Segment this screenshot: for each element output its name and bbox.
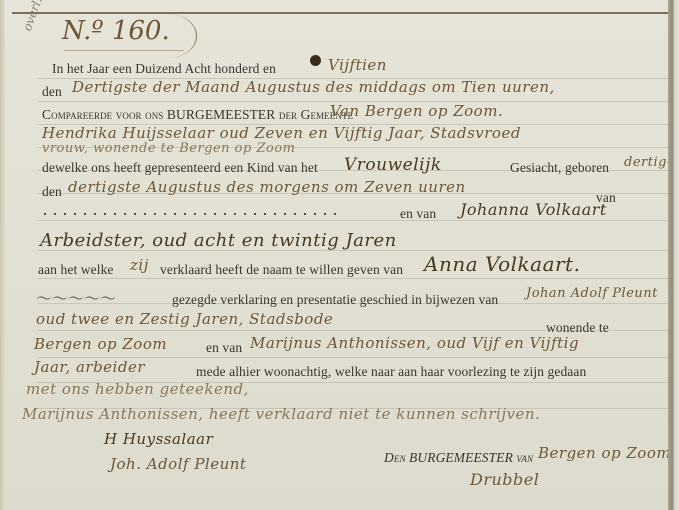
printed-text: Compareerde voor ons BURGEMEESTER der Ge… [42, 107, 353, 123]
handwritten-text: Hendrika Huijsselaar oud Zeven en Vijfti… [42, 124, 521, 142]
printed-text: en van [400, 206, 436, 222]
signature-pleunt: Joh. Adolf Pleunt [110, 455, 246, 473]
document-page: overl. 1893 N.º 160. In het Jaar een Dui… [0, 0, 668, 510]
mayor-label-text: Den BURGEMEESTER van [384, 450, 533, 465]
mayor-label: Den BURGEMEESTER van [384, 450, 533, 466]
printed-text: verklaard heeft de naam te willen geven … [160, 262, 403, 278]
page-edge [668, 0, 679, 510]
flourish-line: 〜〜〜〜〜 [36, 286, 116, 309]
margin-note: overl. 1893 [20, 0, 57, 33]
signature-huyssalaar: H Huyssalaar [104, 430, 213, 448]
printed-text: Gesiacht, geboren [510, 160, 609, 176]
printed-text: dewelke ons heeft gepresenteerd een Kind… [42, 160, 318, 176]
number-underline [64, 50, 184, 51]
ruling-line [38, 220, 668, 221]
printed-text: gezegde verklaring en presentatie geschi… [172, 292, 498, 308]
top-rule [12, 12, 668, 14]
handwritten-text: Dertigste der Maand Augustus des middags… [72, 78, 555, 96]
handwritten-text: Marijnus Anthonissen, heeft verklaard ni… [22, 405, 540, 423]
handwritten-text: Vrouwelijk [344, 155, 442, 175]
printed-text: mede alhier woonachtig, welke naar aan h… [196, 364, 586, 380]
printed-segment: Compareerde voor ons BURGEMEESTER der Ge… [42, 107, 353, 122]
handwritten-text: Vijftien [328, 56, 387, 74]
handwritten-text: vrouw, wonende te Bergen op Zoom [42, 141, 295, 156]
handwritten-text: zij [130, 256, 149, 274]
handwritten-text: dertig- [624, 155, 672, 170]
ruling-line [38, 278, 668, 279]
handwritten-text: Marijnus Anthonissen, oud Vijf en Vijfti… [250, 334, 579, 352]
ink-blot [310, 55, 321, 66]
handwritten-text: Johanna Volkaart [460, 200, 607, 219]
signature-mayor: Drubbel [470, 470, 539, 489]
handwritten-text: Arbeidster, oud acht en twintig Jaren [40, 230, 397, 251]
printed-text: en van [206, 340, 242, 356]
printed-text: In het Jaar een Duizend Acht honderd en [52, 61, 276, 77]
printed-text: den [42, 184, 62, 200]
mayor-place: Bergen op Zoom [538, 444, 671, 462]
handwritten-text: Johan Adolf Pleunt [526, 286, 658, 301]
handwritten-text: Bergen op Zoom [34, 335, 167, 353]
dotted-leader [40, 213, 340, 215]
printed-text: den [42, 84, 62, 100]
handwritten-text: Van Bergen op Zoom. [330, 102, 503, 120]
printed-text: aan het welke [38, 262, 114, 278]
handwritten-text: Jaar, arbeider [34, 358, 145, 376]
number-flourish [140, 14, 197, 58]
handwritten-text: met ons hebben geteekend, [26, 380, 249, 398]
handwritten-text: Anna Volkaart. [424, 252, 580, 276]
handwritten-text: dertigste Augustus des morgens om Zeven … [68, 178, 466, 196]
binding-edge [0, 0, 5, 510]
handwritten-text: oud twee en Zestig Jaren, Stadsbode [36, 310, 333, 328]
